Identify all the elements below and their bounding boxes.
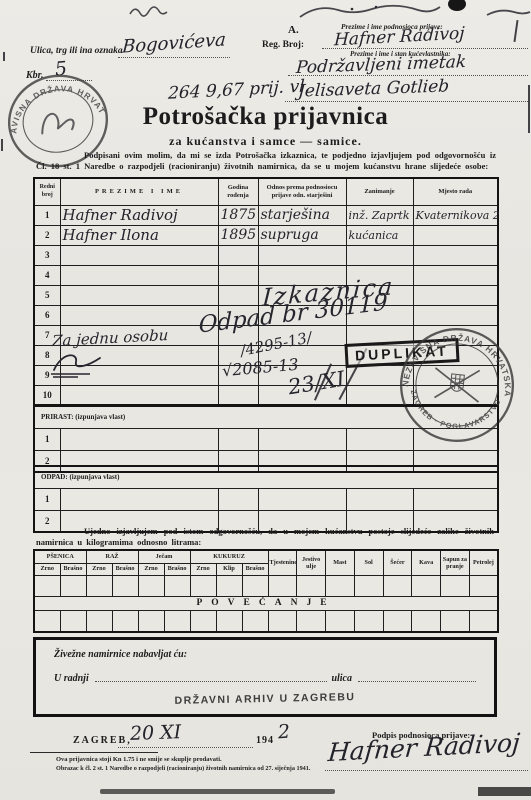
paraph-scribble	[48, 350, 112, 380]
empty-cell	[326, 610, 355, 632]
member-workplace-cell	[413, 225, 498, 245]
empty-cell	[138, 610, 164, 632]
dotted-line	[118, 57, 230, 58]
year-printed: 194	[256, 735, 274, 746]
col-header-sapun: Sapun za pranje	[441, 550, 470, 575]
member-workplace-cell: Kvaternikova 2	[413, 205, 498, 225]
member-year-cell: 1875	[218, 205, 258, 225]
col-header-sol: Sol	[354, 550, 383, 575]
col-group-jecam: Ječam	[138, 550, 190, 563]
fine-print-1: Ova prijavnica stoji Kn 1.75 i ne smije …	[56, 756, 222, 763]
section-letter: A.	[288, 24, 299, 36]
fine-print-rule	[30, 752, 158, 753]
empty-cell	[190, 575, 216, 596]
member-number: 2	[34, 225, 60, 245]
year-handwriting: 2	[277, 723, 290, 743]
empty-cell	[354, 575, 383, 596]
street-label: Ulica, trg ili ina oznaka	[30, 46, 123, 56]
empty-cell	[412, 575, 441, 596]
empty-cell	[216, 575, 242, 596]
empty-cell	[112, 610, 138, 632]
col-group-kukuruz: KUKURUZ	[190, 550, 268, 563]
sub-col-brasno: Brašno	[242, 563, 268, 575]
member-name-cell	[60, 305, 218, 325]
empty-cell	[268, 575, 297, 596]
col-header-kava: Kava	[412, 550, 441, 575]
scan-artifact	[100, 789, 335, 794]
purchase-box: Živežne namirnice nabavljat ću: U radnji…	[33, 637, 497, 717]
member-name-cell	[60, 265, 218, 285]
form-title: Potrošačka prijavnica	[0, 103, 531, 131]
prirast-table: PRIRAST: (izpunjava vlast) 1 2	[33, 405, 499, 473]
empty-cell	[242, 610, 268, 632]
empty-cell	[164, 610, 190, 632]
member-relation-cell	[258, 245, 346, 265]
member-occupation-cell: kućanica	[346, 225, 413, 245]
odpad-label: ODPAD: (izpunjava vlast)	[34, 466, 498, 488]
member-name-cell: Hafner Radivoj	[60, 205, 218, 225]
member-workplace-cell	[413, 265, 498, 285]
col-group-psenica: PŠENICA	[34, 550, 86, 563]
prirast-row: 1	[34, 428, 498, 450]
street-label-2: ulica	[331, 673, 352, 684]
empty-cell	[258, 428, 346, 450]
dotted-line	[118, 747, 253, 748]
sub-col-zrno: Zrno	[86, 563, 112, 575]
fine-print-2: Obrazac k čl. 2 st. 1 Naredbe o razpodje…	[56, 765, 310, 772]
member-number: 10	[34, 385, 60, 405]
col-group-raz: RAŽ	[86, 550, 138, 563]
col-header-zanimanje: Zanimanje	[346, 178, 413, 205]
col-header-jestivo-ulje: Jestivo ulje	[297, 550, 326, 575]
member-row: 2 Hafner Ilona 1895 supruga kućanica	[34, 225, 498, 245]
city-label: ZAGREB,	[73, 735, 132, 746]
member-occupation-cell: inž. Zaprtk	[346, 205, 413, 225]
margin-mark	[3, 52, 5, 61]
member-row: 3	[34, 245, 498, 265]
empty-cell	[216, 610, 242, 632]
member-year-cell: 1895	[218, 225, 258, 245]
col-header-mjesto-rada: Mjesto rada	[413, 178, 498, 205]
empty-cell	[441, 575, 470, 596]
street-handwriting: Bogovićeva	[121, 31, 226, 56]
member-row: 1 Hafner Radivoj 1875 starješina inž. Za…	[34, 205, 498, 225]
row-number: 1	[34, 428, 60, 450]
row-number: 1	[34, 488, 60, 510]
supplies-table: PŠENICA RAŽ Ječam KUKURUZ Tjestenine Jes…	[33, 549, 499, 633]
dotted-line	[325, 770, 528, 771]
povecanje-label: POVEĆANJE	[34, 596, 498, 610]
empty-cell	[326, 575, 355, 596]
col-header-secer: Šećer	[383, 550, 412, 575]
odpad-label-row: ODPAD: (izpunjava vlast)	[34, 466, 498, 488]
empty-cell	[34, 610, 60, 632]
empty-cell	[469, 610, 498, 632]
empty-cell	[258, 488, 346, 510]
empty-cell	[86, 610, 112, 632]
empty-cell	[60, 575, 86, 596]
member-year-cell	[218, 265, 258, 285]
member-number: 5	[34, 285, 60, 305]
empty-cell	[413, 488, 498, 510]
empty-cell	[441, 610, 470, 632]
purchase-line: Živežne namirnice nabavljat ću:	[54, 649, 494, 660]
dotted-line	[95, 681, 328, 682]
empty-cell	[34, 575, 60, 596]
note-name-handwriting: Jelisaveta Gotlieb	[297, 78, 449, 100]
sub-col-brasno: Brašno	[164, 563, 190, 575]
signature-handwriting: Hafner Radivoj	[327, 730, 521, 765]
sub-col-zrno: Zrno	[34, 563, 60, 575]
supplies-group-header-row: PŠENICA RAŽ Ječam KUKURUZ Tjestenine Jes…	[34, 550, 498, 563]
empty-cell	[412, 610, 441, 632]
dotted-line	[358, 681, 476, 682]
member-name-cell	[60, 245, 218, 265]
prirast-label: PRIRAST: (izpunjava vlast)	[34, 406, 498, 428]
sub-col-brasno: Brašno	[112, 563, 138, 575]
col-header-odnos: Odnos prema podnosiocu prijave odn. star…	[258, 178, 346, 205]
member-year-cell	[218, 385, 258, 405]
dotted-line	[285, 101, 528, 102]
col-header-redni-broj: Redni broj	[34, 178, 60, 205]
scan-artifact	[478, 787, 531, 796]
member-name-cell	[60, 285, 218, 305]
members-header-row: Redni broj PREZIME I IME Godina rođenja …	[34, 178, 498, 205]
sub-col-klip: Klip	[216, 563, 242, 575]
col-header-mast: Mast	[326, 550, 355, 575]
empty-cell	[413, 428, 498, 450]
form-subtitle: za kućanstva i samce — samice.	[0, 134, 531, 149]
supplies-value-row	[34, 575, 498, 596]
dotted-line	[322, 48, 528, 49]
supplies-value-row	[34, 610, 498, 632]
date-handwriting: 20 XI	[130, 723, 182, 744]
empty-cell	[346, 428, 413, 450]
declaration-paragraph: Podpisani ovim molim, da mi se izda Potr…	[36, 150, 496, 172]
scanned-form-page: A. Reg. Broj: Prezime i ime podnosioca p…	[0, 0, 531, 800]
applicant-handwriting: Hafner Radivoj	[334, 26, 465, 50]
member-row: 4	[34, 265, 498, 285]
empty-cell	[60, 610, 86, 632]
member-number: 6	[34, 305, 60, 325]
member-year-cell	[218, 245, 258, 265]
member-number: 1	[34, 205, 60, 225]
member-name-cell: Hafner Ilona	[60, 225, 218, 245]
empty-cell	[218, 488, 258, 510]
empty-cell	[268, 610, 297, 632]
member-relation-cell: supruga	[258, 225, 346, 245]
member-workplace-cell	[413, 285, 498, 305]
col-header-prezime-i-ime: PREZIME I IME	[60, 178, 218, 205]
sub-col-zrno: Zrno	[190, 563, 216, 575]
dotted-line	[288, 75, 528, 76]
note-number-handwriting: 264 9,67 prij. vl.	[168, 78, 311, 103]
landlord-handwriting: Podržavljeni imetak	[295, 54, 466, 77]
prirast-label-row: PRIRAST: (izpunjava vlast)	[34, 406, 498, 428]
empty-cell	[60, 488, 218, 510]
empty-cell	[60, 428, 218, 450]
empty-cell	[218, 428, 258, 450]
member-number: 3	[34, 245, 60, 265]
member-name-cell	[60, 385, 218, 405]
empty-cell	[297, 575, 326, 596]
empty-cell	[346, 488, 413, 510]
col-header-petrolej: Petrolej	[469, 550, 498, 575]
empty-cell	[297, 610, 326, 632]
empty-cell	[469, 575, 498, 596]
empty-cell	[112, 575, 138, 596]
member-relation-cell: starješina	[258, 205, 346, 225]
empty-cell	[383, 610, 412, 632]
col-header-tjestenine: Tjestenine	[268, 550, 297, 575]
shop-label: U radnji	[54, 673, 89, 684]
empty-cell	[138, 575, 164, 596]
odpad-table: ODPAD: (izpunjava vlast) 1 2	[33, 465, 499, 533]
empty-cell	[164, 575, 190, 596]
empty-cell	[86, 575, 112, 596]
empty-cell	[383, 575, 412, 596]
empty-cell	[190, 610, 216, 632]
member-occupation-cell	[346, 245, 413, 265]
col-header-godina-rodenja: Godina rođenja	[218, 178, 258, 205]
sub-col-zrno: Zrno	[138, 563, 164, 575]
member-workplace-cell	[413, 245, 498, 265]
reg-broj-label: Reg. Broj:	[262, 40, 304, 50]
archive-stamp: DRŽAVNI ARHIV U ZAGREBU	[36, 688, 494, 710]
empty-cell	[242, 575, 268, 596]
member-year-cell	[218, 285, 258, 305]
odpad-row: 1	[34, 488, 498, 510]
empty-cell	[354, 610, 383, 632]
povecanje-row: POVEĆANJE	[34, 596, 498, 610]
supplies-declaration: Ujedno izjavljujem pod istom odgovornošć…	[36, 526, 494, 548]
member-number: 4	[34, 265, 60, 285]
sub-col-brasno: Brašno	[60, 563, 86, 575]
